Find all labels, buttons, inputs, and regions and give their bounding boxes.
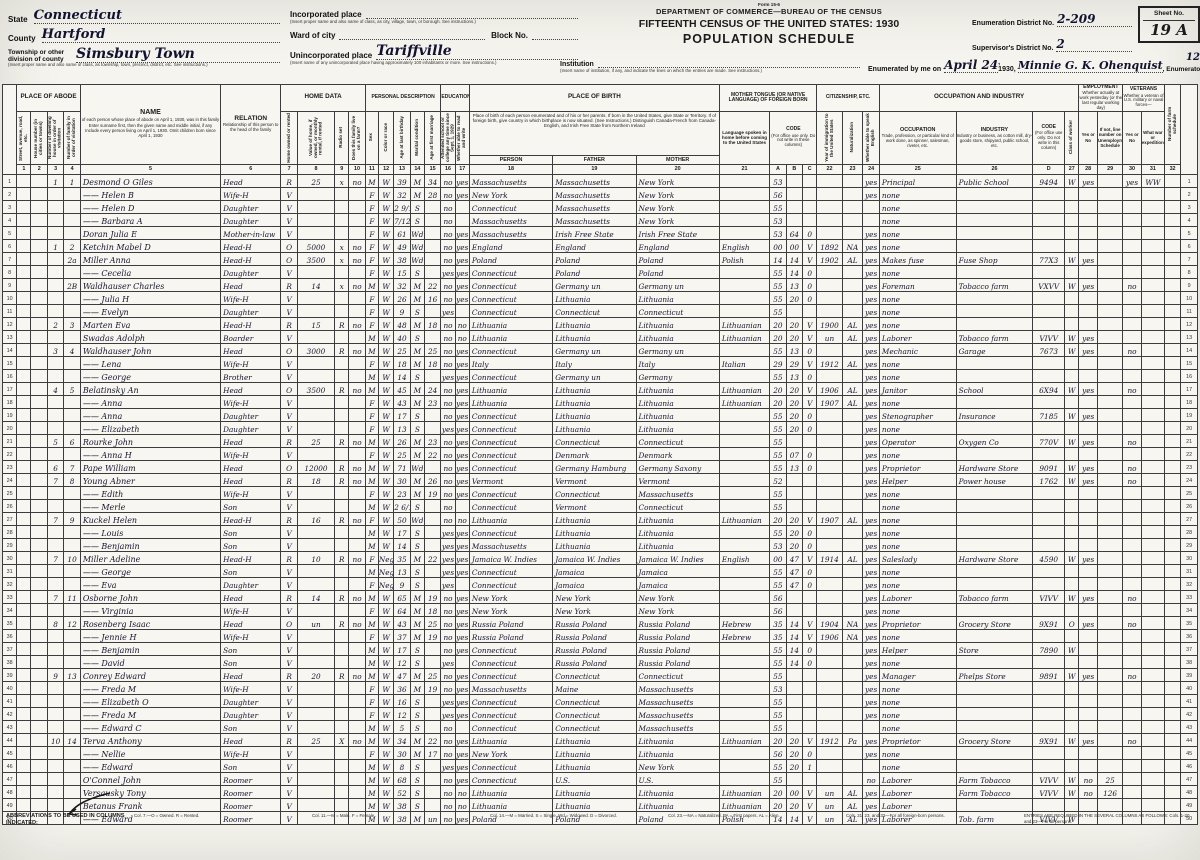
cell-ue (1097, 174, 1122, 187)
cell-pf: Germany un (553, 369, 636, 382)
cell-age: 30 (394, 473, 410, 486)
district-fields: Enumeration District No. 2-209 Superviso… (972, 12, 1132, 55)
cell-st (17, 486, 31, 499)
footer-note-4: Cols. 21, 23, and 32—For all foreign-bor… (846, 813, 1016, 819)
enumeration-year: , 1930, (998, 59, 1016, 73)
cell-name: —— Helen B (80, 187, 220, 200)
line-number-left: 26 (3, 499, 17, 512)
cell-col: W (378, 538, 393, 551)
header-citizenship: CITIZENSHIP, ETC. (817, 85, 879, 112)
cell-cb: 29 (786, 356, 802, 369)
cell-wk (1079, 499, 1098, 512)
line-number-left: 11 (3, 304, 17, 317)
cell-ue (1097, 252, 1122, 265)
cell-name: —— Cecelia (80, 265, 220, 278)
cell-pb: Connecticut (469, 421, 552, 434)
cell-st (17, 772, 31, 785)
cell-pm: Lithuania (636, 798, 719, 811)
cell-wk (1079, 239, 1098, 252)
cell-hn (31, 525, 47, 538)
cell-rw (455, 499, 469, 512)
cell-am (424, 720, 440, 733)
cell-ue (1097, 538, 1122, 551)
cell-ca: 53 (770, 226, 786, 239)
cell-cc (803, 434, 817, 447)
cell-war (1141, 629, 1164, 642)
cell-war (1141, 603, 1164, 616)
cell-fam (64, 707, 80, 720)
cell-cb: 20 (786, 317, 802, 330)
cell-sch: no (441, 278, 455, 291)
cell-cw: W (1065, 733, 1079, 746)
cell-or: O (281, 343, 297, 356)
header-immigration-year: Year of immigration to the United States (817, 111, 842, 164)
line-number-left: 15 (3, 356, 17, 369)
cell-mt (719, 577, 769, 590)
cell-name: Belatinsky An (80, 382, 220, 395)
cell-cb: 14 (786, 642, 802, 655)
cell-cd: VIVV (1033, 590, 1065, 603)
cell-hn (31, 291, 47, 304)
cell-ca: 52 (770, 473, 786, 486)
cell-pm: Lithuania (636, 421, 719, 434)
cell-cb: 14 (786, 616, 802, 629)
cell-en: yes (863, 421, 879, 434)
cell-age: 13 (394, 564, 410, 577)
cell-col: W (378, 421, 393, 434)
cell-nat: AL (842, 785, 863, 798)
line-number-right: 4 (1181, 213, 1198, 226)
cell-nat: NA (842, 616, 863, 629)
cell-fam: 7 (64, 460, 80, 473)
cell-fam (64, 538, 80, 551)
cell-cc: V (803, 616, 817, 629)
cell-fam: 11 (64, 590, 80, 603)
cell-pf: Massachusetts (553, 200, 636, 213)
cell-ind: Grocery Store (956, 733, 1033, 746)
cell-yi (817, 265, 842, 278)
cell-hn (31, 499, 47, 512)
cell-sch: no (441, 317, 455, 330)
cell-cc (803, 473, 817, 486)
cell-val (297, 798, 334, 811)
census-row: 2367Pape WilliamHeadO12000RnoMW71Wdnoyes… (3, 460, 1198, 473)
cell-yi: 1907 (817, 395, 842, 408)
cell-farm: no (349, 252, 365, 265)
cell-pb: Connecticut (469, 707, 552, 720)
cell-rw: yes (455, 460, 469, 473)
cell-or: V (281, 538, 297, 551)
cell-ca: 55 (770, 720, 786, 733)
cell-fam (64, 226, 80, 239)
cell-col: W (378, 590, 393, 603)
cell-war (1141, 512, 1164, 525)
cell-farm (349, 629, 365, 642)
header-marital: Marital condition (410, 111, 424, 164)
cell-rad: R (335, 473, 349, 486)
census-row: 29—— BenjaminSonVMW14SyesyesMassachusett… (3, 538, 1198, 551)
cell-age: 12 (394, 655, 410, 668)
cell-pf: Lithuania (553, 421, 636, 434)
cell-war (1141, 486, 1164, 499)
cell-am (424, 538, 440, 551)
cell-or: V (281, 499, 297, 512)
cell-pf: Connecticut (553, 707, 636, 720)
cell-mar: S (410, 772, 424, 785)
cell-cc: V (803, 629, 817, 642)
cell-en: yes (863, 577, 879, 590)
cell-rad (335, 421, 349, 434)
cell-en: yes (863, 551, 879, 564)
cell-farm: no (349, 668, 365, 681)
cell-wk (1079, 681, 1098, 694)
cell-pm: Russia Poland (636, 616, 719, 629)
cell-pf: Italy (553, 356, 636, 369)
cell-ca: 35 (770, 616, 786, 629)
cell-rad (335, 291, 349, 304)
line-number-left: 28 (3, 525, 17, 538)
cell-st (17, 499, 31, 512)
enum-district-label: Enumeration District No. (972, 20, 1054, 27)
cell-yi (817, 343, 842, 356)
cell-mar: S (410, 720, 424, 733)
cell-en: yes (863, 317, 879, 330)
cell-fam (64, 577, 80, 590)
cell-col: W (378, 512, 393, 525)
cell-pb: Connecticut (469, 369, 552, 382)
cell-rw: yes (455, 239, 469, 252)
cell-wk: yes (1079, 343, 1098, 356)
census-row: 13Swadas AdolphBoarderVMW40SnonoLithuani… (3, 330, 1198, 343)
cell-vet (1123, 369, 1142, 382)
cell-name: Miller Adeline (80, 551, 220, 564)
cell-yi (817, 473, 842, 486)
cell-rad (335, 798, 349, 811)
cell-yi: un (817, 330, 842, 343)
enum-district-value: 2-209 (1057, 12, 1132, 27)
cell-rw (455, 213, 469, 226)
cell-wk (1079, 642, 1098, 655)
cell-pf: Russia Poland (553, 655, 636, 668)
cell-pm: Massachusetts (636, 694, 719, 707)
cell-fs (1164, 252, 1180, 265)
cell-cb: 47 (786, 577, 802, 590)
cell-sex: M (365, 668, 378, 681)
cell-hn (31, 733, 47, 746)
cell-cw (1065, 746, 1079, 759)
cell-ind: Garage (956, 343, 1033, 356)
cell-sch: yes (441, 564, 455, 577)
cell-ca: 55 (770, 642, 786, 655)
cell-cc: V (803, 512, 817, 525)
cell-age: 35 (394, 551, 410, 564)
cell-pb: Massachusetts (469, 681, 552, 694)
cell-st (17, 200, 31, 213)
cell-pf: Connecticut (553, 486, 636, 499)
cell-cb (786, 200, 802, 213)
cell-pf: Lithuania (553, 330, 636, 343)
cell-rel: Son (221, 499, 281, 512)
cell-pf: Lithuania (553, 291, 636, 304)
cell-col: W (378, 460, 393, 473)
cell-mt (719, 746, 769, 759)
cell-ue (1097, 681, 1122, 694)
cell-dw (47, 525, 63, 538)
cell-sex: M (365, 772, 378, 785)
cell-age: 15 (394, 265, 410, 278)
cell-mt: English (719, 551, 769, 564)
cell-war: WW (1141, 174, 1164, 187)
cell-val (297, 525, 334, 538)
cell-ind: Grocery Store (956, 616, 1033, 629)
cell-pf: Massachusetts (553, 174, 636, 187)
cell-farm: no (349, 460, 365, 473)
sheet-number-box: Sheet No. 19 A (1138, 6, 1200, 43)
cell-cc: V (803, 798, 817, 811)
cell-cc: 0 (803, 278, 817, 291)
cell-rel: Head-H (221, 317, 281, 330)
cell-cd: 9494 (1033, 174, 1065, 187)
cell-sex: M (365, 382, 378, 395)
cell-cw (1065, 512, 1079, 525)
cell-hn (31, 577, 47, 590)
cell-vet (1123, 538, 1142, 551)
cell-vet (1123, 239, 1142, 252)
cell-wk: yes (1079, 278, 1098, 291)
cell-en: yes (863, 512, 879, 525)
cell-yi (817, 746, 842, 759)
cell-rw (455, 577, 469, 590)
cell-wk: yes (1079, 330, 1098, 343)
cell-mar: S (410, 707, 424, 720)
cell-pb: Italy (469, 356, 552, 369)
cell-rel: Head-H (221, 252, 281, 265)
header-occupation-col: OCCUPATION Trade, profession, or particu… (879, 111, 956, 164)
header-house-number: House number (in cities or towns) (31, 111, 47, 164)
cell-cw (1065, 226, 1079, 239)
cell-sex: F (365, 447, 378, 460)
cell-sch: no (441, 746, 455, 759)
cell-age: 2 6/12 (394, 499, 410, 512)
cell-vet (1123, 213, 1142, 226)
cell-st (17, 395, 31, 408)
cell-fs (1164, 538, 1180, 551)
cell-fs (1164, 421, 1180, 434)
cell-cw: W (1065, 174, 1079, 187)
cell-war (1141, 330, 1164, 343)
cell-rad: X (335, 733, 349, 746)
cell-am (424, 408, 440, 421)
cell-cb (786, 603, 802, 616)
cell-ca: 53 (770, 538, 786, 551)
cell-rad: x (335, 252, 349, 265)
cell-occ: Manager (879, 668, 956, 681)
cell-val (297, 694, 334, 707)
cell-wk: yes (1079, 252, 1098, 265)
cell-rel: Wife-H (221, 356, 281, 369)
cell-ind (956, 304, 1033, 317)
cell-am (424, 785, 440, 798)
cell-pm: Connecticut (636, 499, 719, 512)
cell-sex: M (365, 642, 378, 655)
cell-mar: M (410, 733, 424, 746)
cell-hn (31, 369, 47, 382)
header-class-of-worker: Class of worker (1065, 111, 1079, 164)
cell-fs (1164, 642, 1180, 655)
cell-mar: M (410, 681, 424, 694)
cell-war (1141, 707, 1164, 720)
cell-col: Neg (378, 564, 393, 577)
census-row: 16—— GeorgeBrotherVMW14SyesyesConnecticu… (3, 369, 1198, 382)
cell-nat (842, 577, 863, 590)
line-number-right: 44 (1181, 733, 1198, 746)
cell-ca: 55 (770, 655, 786, 668)
cell-wk: yes (1079, 668, 1098, 681)
cell-name: —— Edith (80, 486, 220, 499)
cell-farm (349, 681, 365, 694)
cell-am (424, 512, 440, 525)
line-number-right: 25 (1181, 486, 1198, 499)
header-pob-father: FATHER (552, 156, 635, 164)
cell-vet (1123, 187, 1142, 200)
cell-rad (335, 408, 349, 421)
cell-yi (817, 668, 842, 681)
cell-col: W (378, 434, 393, 447)
cell-rad: R (335, 590, 349, 603)
cell-cd (1033, 291, 1065, 304)
cell-fam (64, 356, 80, 369)
cell-hn (31, 473, 47, 486)
cell-cc: V (803, 395, 817, 408)
cell-yi (817, 694, 842, 707)
cell-st (17, 213, 31, 226)
cell-ca: 53 (770, 681, 786, 694)
cell-ca: 55 (770, 759, 786, 772)
cell-rel: Head (221, 434, 281, 447)
cell-rel: Son (221, 720, 281, 733)
cell-fs (1164, 772, 1180, 785)
cell-en (863, 499, 879, 512)
cell-ca: 35 (770, 629, 786, 642)
footer-notes: ABBREVIATIONS TO BE USED IN COLUMNS INDI… (6, 813, 1194, 857)
cell-age: 71 (394, 460, 410, 473)
cell-en: yes (863, 694, 879, 707)
cell-or: R (281, 473, 297, 486)
cell-rad (335, 577, 349, 590)
cell-mt (719, 707, 769, 720)
cell-cw: W (1065, 785, 1079, 798)
cell-war (1141, 278, 1164, 291)
cell-dw (47, 785, 63, 798)
cell-vet (1123, 499, 1142, 512)
cell-nat: AL (842, 382, 863, 395)
cell-farm (349, 538, 365, 551)
cell-or: V (281, 408, 297, 421)
cell-mt (719, 473, 769, 486)
cell-pb: Connecticut (469, 525, 552, 538)
cell-rad (335, 356, 349, 369)
cell-am (424, 265, 440, 278)
cell-cc: V (803, 733, 817, 746)
cell-pf: Denmark (553, 447, 636, 460)
cell-fam (64, 369, 80, 382)
census-row: 38—— DavidSonVMW12SyesConnecticutRussia … (3, 655, 1198, 668)
cell-col: W (378, 447, 393, 460)
cell-or: V (281, 421, 297, 434)
cell-rw: yes (455, 746, 469, 759)
col-number: 20 (636, 164, 719, 174)
cell-wk (1079, 291, 1098, 304)
cell-pf: Germany Hamburg (553, 460, 636, 473)
cell-nat (842, 720, 863, 733)
cell-name: Rourke John (80, 434, 220, 447)
cell-cd (1033, 577, 1065, 590)
cell-pb: Connecticut (469, 408, 552, 421)
col-number: 10 (349, 164, 365, 174)
cell-war (1141, 200, 1164, 213)
cell-hn (31, 226, 47, 239)
cell-rw: yes (455, 382, 469, 395)
cell-nat (842, 174, 863, 187)
cell-ca: 55 (770, 421, 786, 434)
cell-cb: 13 (786, 369, 802, 382)
cell-hn (31, 551, 47, 564)
cell-ind (956, 187, 1033, 200)
cell-occ: none (879, 525, 956, 538)
cell-rad (335, 759, 349, 772)
cell-vet (1123, 642, 1142, 655)
enumeration-date: April 24 (944, 58, 998, 73)
cell-or: V (281, 681, 297, 694)
cell-am (424, 239, 440, 252)
cell-col: W (378, 642, 393, 655)
cell-sch: no (441, 408, 455, 421)
col-number: 11 (365, 164, 378, 174)
cell-col: W (378, 200, 393, 213)
cell-ca: 55 (770, 408, 786, 421)
cell-name: Doran Julia E (80, 226, 220, 239)
cell-ca: 55 (770, 343, 786, 356)
cell-cd: VXVV (1033, 278, 1065, 291)
cell-pb: Connecticut (469, 486, 552, 499)
cell-name: —— Julia H (80, 291, 220, 304)
cell-am: 26 (424, 473, 440, 486)
cell-sex: F (365, 200, 378, 213)
cell-mt (719, 772, 769, 785)
cell-cc: 1 (803, 759, 817, 772)
cell-rad (335, 395, 349, 408)
line-number-right: 1 (1181, 174, 1198, 187)
cell-name: —— Jennie H (80, 629, 220, 642)
header-farm-schedule: Number of farm schedule (1164, 85, 1180, 165)
cell-rel: Brother (221, 369, 281, 382)
cell-wk (1079, 629, 1098, 642)
cell-wk (1079, 369, 1098, 382)
cell-sex: F (365, 512, 378, 525)
col-number: A (770, 164, 786, 174)
cell-rad (335, 642, 349, 655)
line-number-left: 34 (3, 603, 17, 616)
header-pob-detail: Place of birth of each person enumerated… (469, 111, 719, 164)
cell-val (297, 564, 334, 577)
cell-cd: 7185 (1033, 408, 1065, 421)
line-number-right: 2 (1181, 187, 1198, 200)
cell-rw: yes (455, 772, 469, 785)
cell-mt (719, 291, 769, 304)
cell-farm: no (349, 616, 365, 629)
cell-rad (335, 772, 349, 785)
cell-age: 43 (394, 395, 410, 408)
